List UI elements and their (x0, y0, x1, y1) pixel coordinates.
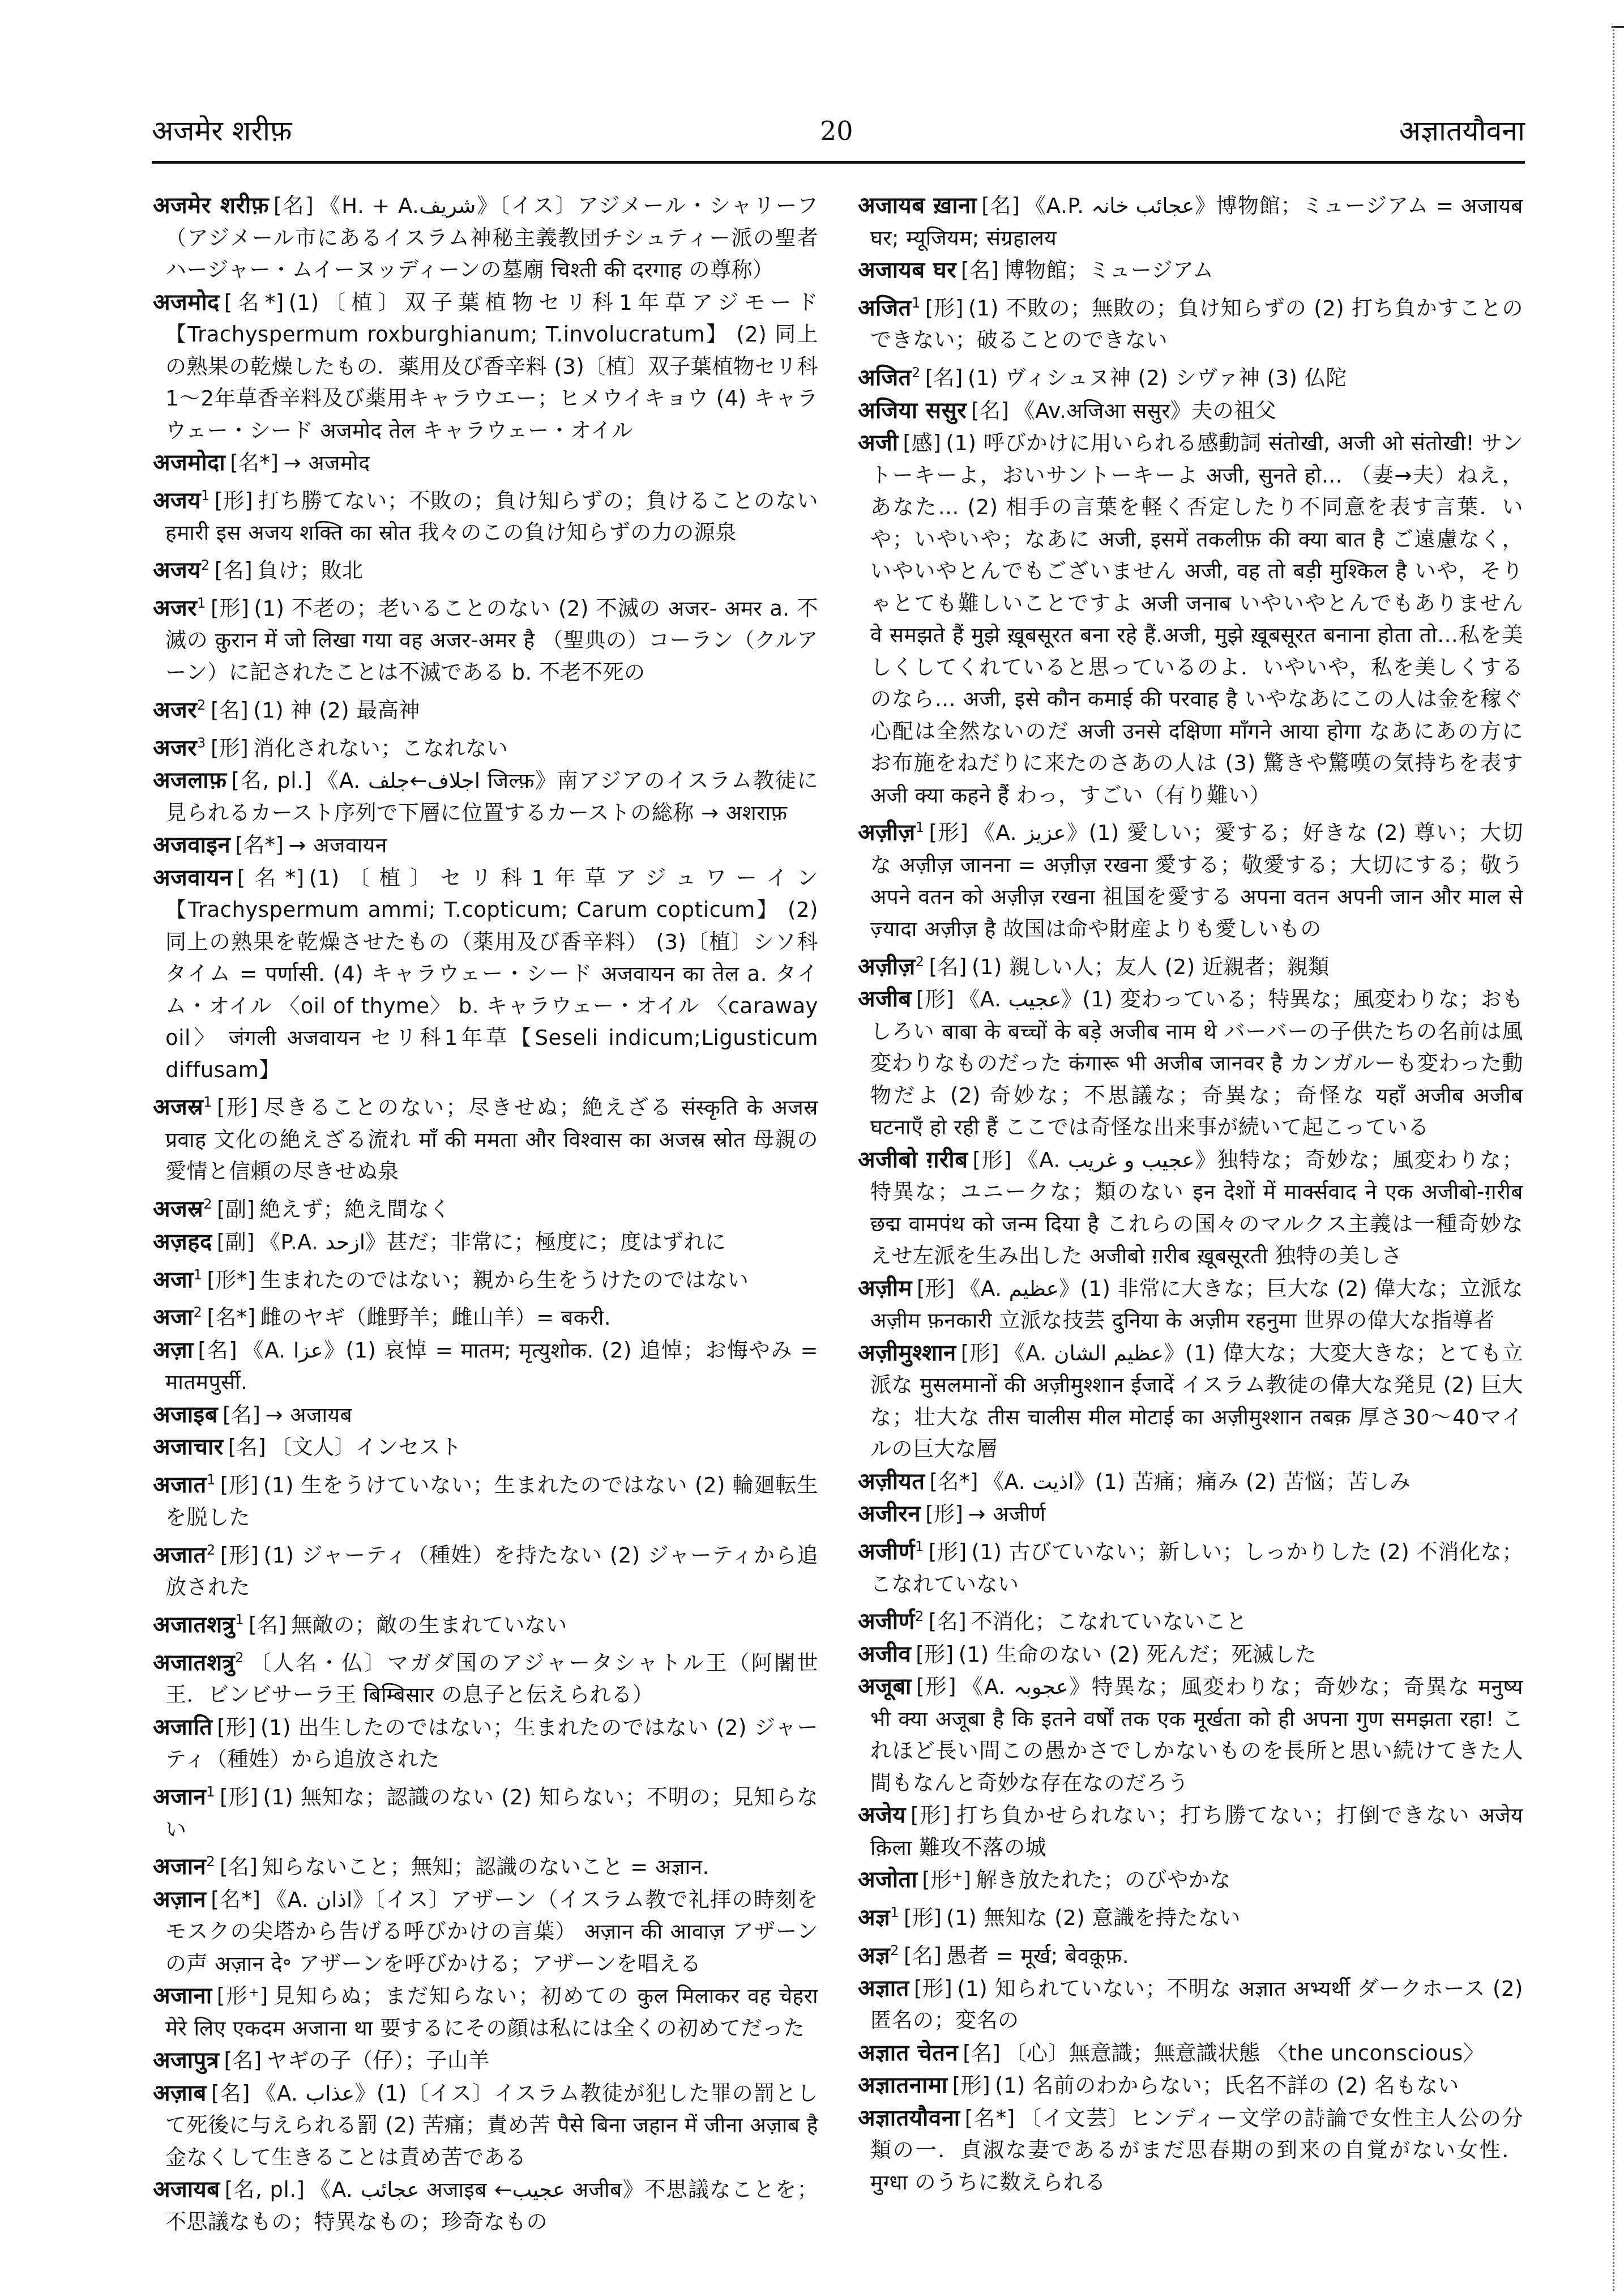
homograph-number: 1 (235, 1612, 244, 1628)
definition-text: → अजीर्ण (968, 1502, 1046, 1526)
headword-text: अजोता (858, 1867, 917, 1893)
homograph-number: 2 (890, 1943, 899, 1958)
dictionary-entry: अज्ञ2[名]愚者 = मूर्ख; बेवक़ूफ़. (858, 1935, 1523, 1973)
definition-text: 〔人名・仏〕マガダ国のアジャータシャトル王（阿闍世王．ビンビサーラ王 बिम्ब… (165, 1651, 818, 1708)
headword: अज्ञातनामा (858, 2072, 948, 2098)
part-of-speech: [名*] (235, 833, 284, 857)
headword-text: अजवाइन (153, 832, 230, 858)
headword: अजवाइन (153, 832, 230, 858)
headword-text: अजीर्ण (858, 1539, 915, 1565)
headword-text: अजान (153, 1784, 206, 1810)
headword-text: अज़ीज़ (858, 820, 916, 846)
headword: अज्ञ1 (858, 1905, 899, 1931)
headword-text: अज़ीमुश्शान (858, 1340, 956, 1366)
homograph-number: 2 (194, 1304, 203, 1320)
definition-text: (1)〔植〕セリ科1年草アジュワーイン【Trachyspermum ammi; … (165, 866, 818, 1082)
part-of-speech: [形] (211, 596, 250, 621)
part-of-speech: [形] (211, 736, 249, 761)
headword: अजलाफ़ (153, 767, 227, 793)
headword: अजय2 (153, 557, 210, 583)
headword-text: अजा (153, 1304, 194, 1330)
definition-text: (1) 出生したのではない；生まれたのではない (2) ジャーティ（種姓）から追… (165, 1715, 818, 1772)
definition-text: (1) 生命のない (2) 死んだ；死滅した (959, 1642, 1317, 1667)
dictionary-entry: अजलाफ़[名, pl.]《A. اجلاف←جلف जिल्फ़》南アジアの… (153, 765, 818, 829)
headword: अजर3 (153, 735, 206, 761)
definition-text: 愚者 = मूर्ख; बेवक़ूफ़. (946, 1944, 1129, 1968)
dictionary-entry: अजाना[形⁺]見知らぬ；まだ知らない；初めての कुल मिलाकर वह … (153, 1980, 818, 2045)
page-number: 20 (820, 111, 853, 151)
part-of-speech: [名] (981, 194, 1020, 218)
headword-text: अजूबा (858, 1674, 912, 1700)
part-of-speech: [名*] (230, 451, 279, 475)
part-of-speech: [形] (220, 1785, 258, 1809)
headword: अज़ीम (858, 1275, 912, 1301)
part-of-speech: [形] (916, 987, 954, 1011)
dictionary-entry: अजा1[形*]生まれたのではない；親から生をうけたのではない (153, 1258, 818, 1296)
homograph-number: 2 (203, 1196, 212, 1212)
part-of-speech: [名] (223, 1403, 260, 1427)
part-of-speech: [名*] (207, 1305, 255, 1330)
dictionary-entry: अजित2[名](1) ヴィシュヌ神 (2) シヴァ神 (3) 仏陀 (858, 357, 1523, 395)
definition-text: (1) 知られていない；不明な अज्ञात अभ्यर्थी ダークホース (… (870, 1977, 1523, 2033)
headword: अजेय (858, 1802, 906, 1828)
headword: अजापुत्र (153, 2047, 219, 2073)
headword: अजी (858, 430, 899, 456)
part-of-speech: [名] (963, 2041, 1001, 2065)
headword-text: अज्ञ (858, 1905, 890, 1931)
homograph-number: 1 (203, 1094, 212, 1110)
part-of-speech: [形] (215, 489, 254, 513)
definition-text: (1) 呼びかけに用いられる感動詞 संतोखी, अजी ओ संतोखी! … (870, 431, 1523, 808)
part-of-speech: [形] (217, 1715, 256, 1740)
homograph-number: 1 (197, 595, 206, 611)
headword: अजूबा (858, 1674, 912, 1700)
headword: अजीरन (858, 1501, 921, 1527)
headword: अजर2 (153, 697, 206, 723)
dictionary-entry: अजान2[名]知らないこと；無知；認識のないこと = अज्ञान. (153, 1846, 818, 1884)
headword: अज़हद (153, 1229, 212, 1255)
dictionary-entry: अज्ञातयौवना[名*]〔イ文芸〕ヒンディー文学の詩論で女性主人公の分類の… (858, 2102, 1523, 2199)
part-of-speech: [名] (929, 1610, 967, 1634)
part-of-speech: [名] (211, 698, 249, 723)
headword-text: अजान (153, 1854, 206, 1880)
definition-text: 知らないこと；無知；認識のないこと = अज्ञान. (262, 1855, 709, 1879)
headword: अज्ञात (858, 1975, 909, 2001)
part-of-speech: [名] (929, 955, 967, 979)
headword-text: अजीव (858, 1641, 911, 1667)
headword: अजाचार (153, 1434, 224, 1460)
headword-text: अजी (858, 430, 899, 456)
headword-text: अज़ीम (858, 1275, 912, 1301)
definition-text: 《A. عذاب》(1)〔イス〕イスラム教徒が犯した罪の罰として死後に与えられる… (165, 2081, 818, 2170)
headword-text: अजात (153, 1542, 207, 1568)
headword: अजमोद (153, 289, 220, 315)
headword-text: अजस्र (153, 1196, 203, 1222)
part-of-speech: [名, pl.] (225, 2178, 305, 2202)
part-of-speech: [副] (217, 1197, 255, 1222)
headword-text: अजायब ख़ाना (858, 193, 977, 219)
headword: अजा2 (153, 1304, 202, 1330)
dictionary-entry: अजी[感](1) 呼びかけに用いられる感動詞 संतोखी, अजी ओ सं… (858, 427, 1523, 812)
dictionary-entry: अजातशत्रु2〔人名・仏〕マガダ国のアジャータシャトル王（阿闍世王．ビンビ… (153, 1641, 818, 1711)
part-of-speech: [名*] (237, 866, 305, 890)
homograph-number: 1 (194, 1266, 203, 1282)
dictionary-entry: अजीर्ण2[名]不消化；こなれていないこと (858, 1600, 1523, 1638)
headword-text: अजीर्ण (858, 1608, 915, 1634)
dictionary-entry: अज्ञात[形](1) 知られていない；不明な अज्ञात अभ्यर्थी… (858, 1973, 1523, 2037)
headword-text: अजस्र (153, 1094, 203, 1120)
headword-text: अजापुत्र (153, 2047, 219, 2073)
dictionary-entry: अजय2[名]負け；敗北 (153, 549, 818, 587)
part-of-speech: [名] (228, 1435, 266, 1459)
left-column: अजमेर शरीफ़[名]《H. + A.شریف》〔イス〕アジメール・シャリ… (153, 190, 818, 2238)
part-of-speech: [名] (971, 399, 1009, 423)
headword-text: अज्ञातयौवना (858, 2105, 960, 2131)
definition-text: 《A. عجوبہ》特異な；風変わりな；奇妙な；奇異な मनुष्य भी क्… (870, 1675, 1523, 1795)
headword: अजात1 (153, 1472, 216, 1498)
dictionary-entry: अजा2[名*]雌のヤギ（雌野羊；雌山羊）= बकरी. (153, 1296, 818, 1334)
headword: अजोता (858, 1867, 917, 1893)
part-of-speech: [形] (952, 2073, 990, 2098)
dictionary-entry: अज़ीज़2[名](1) 親しい人；友人 (2) 近親者；親類 (858, 945, 1523, 983)
definition-text: → अजवायन (289, 833, 387, 857)
homograph-number: 1 (912, 295, 921, 311)
headword: अज़ीज़2 (858, 954, 925, 980)
part-of-speech: [名] (249, 1613, 287, 1637)
definition-text: 無敵の；敵の生まれていない (291, 1613, 567, 1637)
headword-text: अजा (153, 1267, 194, 1293)
homograph-number: 1 (206, 1784, 215, 1800)
part-of-speech: [名] (925, 366, 963, 390)
headword: अजातशत्रु2 (153, 1650, 244, 1676)
part-of-speech: [名] (273, 194, 314, 218)
part-of-speech: [名] (220, 1855, 258, 1879)
headword: अजमोदा (153, 450, 225, 476)
dictionary-entry: अज़ीयत[名*]《A. اذيت》(1) 苦痛；痛み (2) 苦悩；苦しみ (858, 1466, 1523, 1499)
headword: अजान1 (153, 1784, 215, 1810)
definition-text: 雌のヤギ（雌野羊；雌山羊）= बकरी. (260, 1305, 611, 1330)
headword-text: अज़ीज़ (858, 954, 916, 980)
headword-text: अजीबो ग़रीब (858, 1147, 968, 1173)
headword: अजाना (153, 1983, 212, 2009)
definition-text: ヤギの子（仔）；子山羊 (267, 2048, 490, 2073)
headword-text: अजित (858, 295, 912, 321)
part-of-speech: [形*] (207, 1268, 255, 1292)
definition-text: (1) ジャーティ（種姓）を持たない (2) ジャーティから追放された (165, 1543, 818, 1600)
homograph-number: 2 (207, 1542, 216, 1557)
dictionary-entry: अजिया ससुर[名]《Av.अजिआ ससुर》夫の祖父 (858, 395, 1523, 428)
dictionary-entry: अजमेर शरीफ़[名]《H. + A.شریف》〔イス〕アジメール・シャリ… (153, 190, 818, 287)
part-of-speech: [形⁺] (922, 1868, 971, 1892)
headword: अजातशत्रु1 (153, 1612, 244, 1638)
dictionary-entry: अजातशत्रु1[名]無敵の；敵の生まれていない (153, 1604, 818, 1642)
dictionary-entry: अज़ा[名]《A. عزا》(1) 哀悼 = मातम; मृत्युशोक.… (153, 1334, 818, 1399)
headword: अजा1 (153, 1267, 202, 1293)
dictionary-entry: अजायब ख़ाना[名]《A.P. عجائب خانہ》博物館；ミュージア… (858, 190, 1523, 254)
definition-text: 博物館；ミュージアム (1003, 258, 1213, 283)
definition-text: 負け；敗北 (257, 558, 364, 583)
dictionary-entry: अजस्र2[副]絶えず；絶え間なく (153, 1188, 818, 1226)
part-of-speech: [形] (929, 1540, 967, 1564)
definition-text: (1) ヴィシュヌ神 (2) シヴァ神 (3) 仏陀 (968, 366, 1347, 390)
dictionary-entry: अजस्र1[形]尽きることのない；尽きせぬ；絶えざる संस्कृति के … (153, 1086, 818, 1188)
homograph-number: 2 (916, 953, 925, 969)
dictionary-entry: अजीर्ण1[形](1) 古びていない；新しい；しっかりした (2) 不消化な… (858, 1531, 1523, 1600)
part-of-speech: [形] (916, 1675, 956, 1699)
definition-text: (1) 生をうけていない；生まれたのではない (2) 輪廻転生を脱した (165, 1473, 818, 1530)
part-of-speech: [形⁺] (217, 1984, 268, 2008)
homograph-number: 2 (197, 697, 206, 712)
headword: अज़ाब (153, 2080, 207, 2106)
dictionary-entry: अज्ञ1[形](1) 無知な (2) 意識を持たない (858, 1897, 1523, 1935)
definition-text: 《Av.अजिआ ससुर》夫の祖父 (1014, 399, 1276, 423)
dictionary-entry: अजर1[形](1) 不老の；老いることのない (2) 不滅の अजर- अमर… (153, 587, 818, 689)
definition-text: 消化されない；こなれない (253, 736, 508, 761)
part-of-speech: [形] (911, 1803, 951, 1828)
homograph-number: 1 (890, 1905, 899, 1920)
dictionary-entry: अजमोद[名*](1)〔植〕双子葉植物セリ科1年草アジモード【Trachysp… (153, 287, 818, 447)
dictionary-entry: अजाति[形](1) 出生したのではない；生まれたのではない (2) ジャーテ… (153, 1711, 818, 1776)
headword-text: अजय (153, 557, 201, 583)
dictionary-entry: अजोता[形⁺]解き放たれた；のびやかな (858, 1864, 1523, 1897)
definition-text: (1) 無知な；認識のない (2) 知らない；不明の；見知らない (165, 1785, 818, 1842)
headword: अजवायन (153, 865, 233, 891)
part-of-speech: [名, pl.] (232, 769, 313, 793)
headword: अजायब ख़ाना (858, 193, 977, 219)
headword: अजाति (153, 1714, 212, 1740)
dictionary-entry: अज़ाब[名]《A. عذاب》(1)〔イス〕イスラム教徒が犯した罪の罰として… (153, 2077, 818, 2174)
headword-text: अजेय (858, 1802, 906, 1828)
homograph-number: 3 (197, 735, 206, 750)
headword-text: अज्ञात चेतन (858, 2040, 958, 2066)
homograph-number: 2 (912, 365, 921, 381)
part-of-speech: [形] (925, 1502, 963, 1526)
part-of-speech: [形] (904, 1906, 942, 1930)
headword: अजीब (858, 986, 912, 1012)
headword-text: अजीरन (858, 1501, 921, 1527)
homograph-number: 2 (235, 1649, 244, 1665)
headword: अज्ञात चेतन (858, 2040, 958, 2066)
part-of-speech: [名] (224, 2048, 262, 2073)
dictionary-entry: अजवाइन[名*]→ अजवायन (153, 829, 818, 862)
headword-text: अज़ाब (153, 2080, 207, 2106)
headword-text: अजाइब (153, 1402, 218, 1428)
part-of-speech: [名*] (930, 1470, 978, 1494)
definition-text: 打ち負かせられない；打ち勝てない；打倒できない अजेय क़िला 難攻不落の… (870, 1803, 1523, 1860)
dictionary-entry: अजूबा[形]《A. عجوبہ》特異な；風変わりな；奇妙な；奇異な मनुष… (858, 1671, 1523, 1799)
headword: अजान2 (153, 1854, 215, 1880)
definition-text: (1) 不老の；老いることのない (2) 不滅の अजर- अमर a. 不滅の… (165, 596, 818, 685)
definition-text: 解き放たれた；のびやかな (976, 1868, 1231, 1892)
headword: अज़ीयत (858, 1469, 925, 1495)
part-of-speech: [名*] (224, 291, 284, 315)
dictionary-entry: अजीबो ग़रीब[形]《A. عجيب و غريب》独特な；奇妙な；風変… (858, 1144, 1523, 1273)
part-of-speech: [名] (904, 1944, 942, 1968)
part-of-speech: [形] (217, 1095, 258, 1120)
dictionary-entry: अज़ीज़1[形]《A. عزيز》(1) 愛しい；愛する；好きな (2) 尊… (858, 812, 1523, 945)
part-of-speech: [名*] (965, 2106, 1015, 2131)
headword: अजय1 (153, 488, 210, 514)
part-of-speech: [感] (903, 431, 942, 455)
definition-text: 生まれたのではない；親から生をうけたのではない (260, 1268, 749, 1292)
part-of-speech: [形] (916, 1642, 954, 1667)
definition-text: 《A. عزا》(1) 哀悼 = मातम; मृत्युशोक. (2) 追悼… (165, 1338, 818, 1395)
headword-text: अजायब (153, 2176, 220, 2203)
headword: अजमेर शरीफ़ (153, 193, 269, 219)
dictionary-entry: अजेय[形]打ち負かせられない；打ち勝てない；打倒できない अजेय क़िल… (858, 1799, 1523, 1864)
homograph-number: 1 (201, 488, 210, 503)
headword-text: अजित (858, 365, 912, 391)
dictionary-entry: अजीरन[形]→ अजीर्ण (858, 1498, 1523, 1531)
headword: अजिया ससुर (858, 398, 967, 424)
headword-text: अज़ीयत (858, 1469, 925, 1495)
homograph-number: 2 (201, 557, 210, 573)
headword-text: अजलाफ़ (153, 767, 227, 793)
definition-text: 《A. اذيت》(1) 苦痛；痛み (2) 苦悩；苦しみ (983, 1470, 1411, 1494)
definition-text: 絶えず；絶え間なく (259, 1197, 451, 1222)
headword-text: अजवायन (153, 865, 233, 891)
headword-text: अजमोदा (153, 450, 225, 476)
part-of-speech: [形] (961, 1341, 999, 1365)
definition-text: 不消化；こなれていないこと (971, 1610, 1247, 1634)
headword-text: अजाति (153, 1714, 212, 1740)
part-of-speech: [副] (217, 1230, 255, 1254)
headword: अजस्र1 (153, 1094, 212, 1120)
dictionary-entry: अजायब घर[名]博物館；ミュージアム (858, 254, 1523, 287)
definition-text: (1) 無知な (2) 意識を持たない (946, 1906, 1241, 1930)
headword-text: अजात (153, 1472, 207, 1498)
part-of-speech: [形] (914, 1977, 952, 2001)
part-of-speech: [名] (211, 2081, 250, 2106)
dictionary-entry: अज़हद[副]《P.A. ازحد》甚だ；非常に；極度に；度はずれに (153, 1226, 818, 1259)
dictionary-entry: अज्ञात चेतन[名]〔心〕無意識；無意識状態 〈the unconsci… (858, 2037, 1523, 2070)
headword: अजीर्ण1 (858, 1539, 924, 1565)
dictionary-entry: अजाइब[名]→ अजायब (153, 1399, 818, 1432)
headword: अजित1 (858, 295, 921, 321)
headword: अजीव (858, 1641, 911, 1667)
definition-text: 〔心〕無意識；無意識状態 〈the unconscious〉 (1006, 2041, 1485, 2065)
headword-text: अजिया ससुर (858, 398, 967, 424)
dictionary-entry: अजान1[形](1) 無知な；認識のない (2) 知らない；不明の；見知らない (153, 1776, 818, 1846)
definition-text: (1) 古びていない；新しい；しっかりした (2) 不消化な；こなれていない (870, 1540, 1523, 1597)
definition-text: 尽きることのない；尽きせぬ；絶えざる संस्कृति के अजस्र प्र… (165, 1095, 818, 1184)
headword-text: अजाना (153, 1983, 212, 2009)
headword: अज्ञ2 (858, 1943, 899, 1969)
headword-text: अजर (153, 595, 197, 621)
part-of-speech: [形] (220, 1543, 259, 1568)
definition-text: 《A. عجيب》(1) 変わっている；特異な；風変わりな；おもしろい बाबा… (870, 987, 1523, 1139)
part-of-speech: [名] (198, 1338, 238, 1363)
dictionary-entry: अज़ीमुश्शान[形]《A. عظيم الشان》(1) 偉大な；大変大… (858, 1337, 1523, 1466)
part-of-speech: [名] (961, 258, 999, 283)
definition-text: → अजायब (265, 1403, 352, 1427)
right-column: अजायब ख़ाना[名]《A.P. عجائب خانہ》博物館；ミュージア… (858, 190, 1523, 2199)
headword-text: अजर (153, 735, 197, 761)
headword-text: अज़ा (153, 1337, 194, 1363)
headword-text: अज्ञ (858, 1943, 890, 1969)
running-header: अजमेर शरीफ़ 20 अज्ञातयौवना (152, 111, 1525, 151)
headword-text: अज़ान (153, 1886, 206, 1913)
headword: अज़ीमुश्शान (858, 1340, 956, 1366)
headword: अज़ीज़1 (858, 820, 925, 846)
dictionary-entry: अजाचार[名]〔文人〕インセスト (153, 1431, 818, 1464)
headword: अजस्र2 (153, 1196, 212, 1222)
headword: अज़ा (153, 1337, 194, 1363)
definition-text: 《A. عظيم》(1) 非常に大きな；巨大な (2) 偉大な；立派な अज़ी… (870, 1277, 1523, 1333)
homograph-number: 2 (915, 1608, 924, 1624)
dictionary-entry: अज़ान[名*]《A. اذان》〔イス〕アザーン（イスラム教で礼拝の時刻をモ… (153, 1884, 818, 1981)
headword-text: अजातशत्रु (153, 1612, 235, 1638)
headword: अजीर्ण2 (858, 1608, 924, 1634)
homograph-number: 2 (206, 1854, 215, 1870)
headword-text: अज्ञात (858, 1975, 909, 2001)
definition-text: (1) 名前のわからない；氏名不詳の (2) 名もない (995, 2073, 1459, 2098)
part-of-speech: [形] (973, 1148, 1012, 1172)
part-of-speech: [形] (917, 1277, 955, 1301)
definition-text: (1) 親しい人；友人 (2) 近親者；親類 (972, 955, 1330, 979)
headword-text: अज्ञातनामा (858, 2072, 948, 2098)
headword-text: अजायब घर (858, 257, 956, 283)
definition-text: 《A. اذان》〔イス〕アザーン（イスラム教で礼拝の時刻をモスクの尖塔から告げ… (165, 1888, 818, 1976)
scan-edge-line (1613, 26, 1614, 2292)
headword-text: अजमेर शरीफ़ (153, 193, 269, 219)
part-of-speech: [名] (215, 558, 253, 583)
definition-text: 〔文人〕インセスト (271, 1435, 462, 1459)
headword: अजात2 (153, 1542, 216, 1568)
dictionary-entry: अजर3[形]消化されない；こなれない (153, 727, 818, 765)
dictionary-entry: अज़ीम[形]《A. عظيم》(1) 非常に大きな；巨大な (2) 偉大な；… (858, 1273, 1523, 1337)
headword: अजायब घर (858, 257, 956, 283)
dictionary-entry: अजय1[形]打ち勝てない；不敗の；負け知らずの；負けることのない हमारी … (153, 480, 818, 549)
dictionary-entry: अजायब[名, pl.]《A. عجائب अजाइब ←عجيب अजीब》… (153, 2174, 818, 2238)
headword: अजित2 (858, 365, 921, 391)
headword: अज़ान (153, 1886, 206, 1913)
definition-text: → अजमोद (284, 451, 370, 475)
headword: अजाइब (153, 1402, 218, 1428)
part-of-speech: [形] (925, 296, 964, 321)
right-guide-word: अज्ञातयौवना (1399, 111, 1525, 151)
definition-text: 打ち勝てない；不敗の；負け知らずの；負けることのない हमारी इस अजय … (165, 489, 818, 545)
part-of-speech: [形] (929, 821, 969, 845)
homograph-number: 1 (915, 1539, 924, 1555)
headword: अजीबो ग़रीब (858, 1147, 968, 1173)
headword-text: अजीब (858, 986, 912, 1012)
headword: अजायब (153, 2176, 220, 2203)
part-of-speech: [形] (220, 1473, 259, 1497)
definition-text: (1) 不敗の；無敗の；負け知らずの (2) 打ち負かすことのできない；破ること… (870, 296, 1523, 353)
headword-text: अजर (153, 697, 197, 723)
headword-text: अज़हद (153, 1229, 212, 1255)
dictionary-entry: अजमोदा[名*]→ अजमोद (153, 447, 818, 480)
dictionary-entry: अजापुत्र[名]ヤギの子（仔）；子山羊 (153, 2045, 818, 2077)
headword-text: अजातशत्रु (153, 1650, 235, 1676)
definition-text: (1) 神 (2) 最高神 (253, 698, 420, 723)
headword-text: अजय (153, 488, 201, 514)
header-rule (152, 161, 1525, 164)
dictionary-entry: अजात1[形](1) 生をうけていない；生まれたのではない (2) 輪廻転生を… (153, 1464, 818, 1534)
dictionary-entry: अजवायन[名*](1)〔植〕セリ科1年草アジュワーイン【Trachysper… (153, 862, 818, 1087)
part-of-speech: [名*] (211, 1888, 260, 1912)
dictionary-entry: अजीब[形]《A. عجيب》(1) 変わっている；特異な；風変わりな；おもし… (858, 983, 1523, 1144)
left-guide-word: अजमेर शरीफ़ (152, 111, 292, 151)
homograph-number: 1 (207, 1472, 216, 1488)
dictionary-entry: अजात2[形](1) ジャーティ（種姓）を持たない (2) ジャーティから追放… (153, 1534, 818, 1603)
dictionary-entry: अजर2[名](1) 神 (2) 最高神 (153, 689, 818, 727)
headword-text: अजमोद (153, 289, 220, 315)
dictionary-entry: अजित1[形](1) 不敗の；無敗の；負け知らずの (2) 打ち負かすことので… (858, 287, 1523, 357)
headword-text: अजाचार (153, 1434, 224, 1460)
headword: अज्ञातयौवना (858, 2105, 960, 2131)
